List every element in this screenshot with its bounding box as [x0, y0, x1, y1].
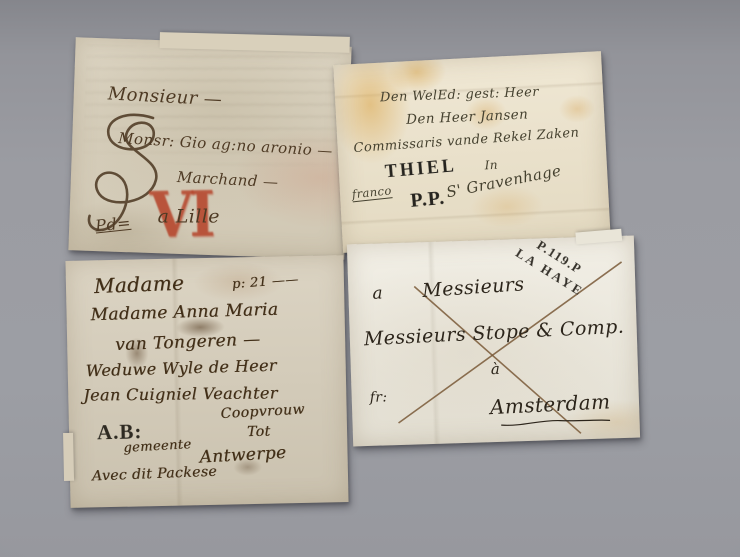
- address-line-2: Den Heer Jansen: [406, 109, 529, 128]
- address-line-3: Weduwe Wyle de Heer: [86, 358, 278, 380]
- address-line-4: Jean Cuigniel Veachter: [83, 385, 278, 403]
- salutation-line: Monsieur —: [107, 85, 222, 109]
- franco-note: fr:: [370, 390, 388, 405]
- thiel-town-postmark: THIEL: [384, 155, 457, 180]
- letter-to-lille: Monsieur — Monsr: Gio ag:no aronio — Mar…: [68, 37, 351, 260]
- destination-line: a Lille: [158, 207, 220, 226]
- letter-from-thiel: Den WelEd: gest: Heer Den Heer Jansen Co…: [333, 51, 610, 253]
- letter-to-antwerp: Madame p: 21 —— Madame Anna Maria van To…: [65, 255, 348, 508]
- destination-line: Amsterdam: [490, 391, 611, 417]
- destination-line: S' Gravenhage: [445, 163, 562, 200]
- packet-note: Avec dit Packese: [92, 465, 218, 484]
- ab-note: gemeente: [123, 438, 192, 455]
- address-line-1: Madame Anna Maria: [90, 302, 278, 325]
- occupation-line: Coopvrouw: [220, 403, 305, 422]
- paraph-note: Pd=: [95, 215, 132, 235]
- paper-flap: [160, 32, 350, 53]
- pp-paid-postmark: P.P.: [410, 188, 446, 211]
- page-note: p: 21 ——: [232, 273, 299, 291]
- address-line-3: Commissaris vande Rekel Zaken: [353, 126, 579, 155]
- tot-word: Tot: [247, 425, 271, 439]
- franco-note: franco: [351, 185, 392, 202]
- in-word: In: [484, 159, 498, 172]
- paper-fold-flap: [63, 433, 74, 481]
- salutation-line: Madame: [94, 273, 185, 296]
- a-preposition: à: [491, 362, 501, 377]
- photo-of-four-antique-letters: Monsieur — Monsr: Gio ag:no aronio — Mar…: [0, 0, 740, 557]
- address-line-2: van Tongeren —: [115, 332, 261, 355]
- address-line-1: Den WelEd: gest: Heer: [380, 86, 539, 105]
- a-word: a: [372, 285, 383, 302]
- letter-to-amsterdam: P.119.P LA HAYE a Messieurs Messieurs St…: [347, 236, 640, 447]
